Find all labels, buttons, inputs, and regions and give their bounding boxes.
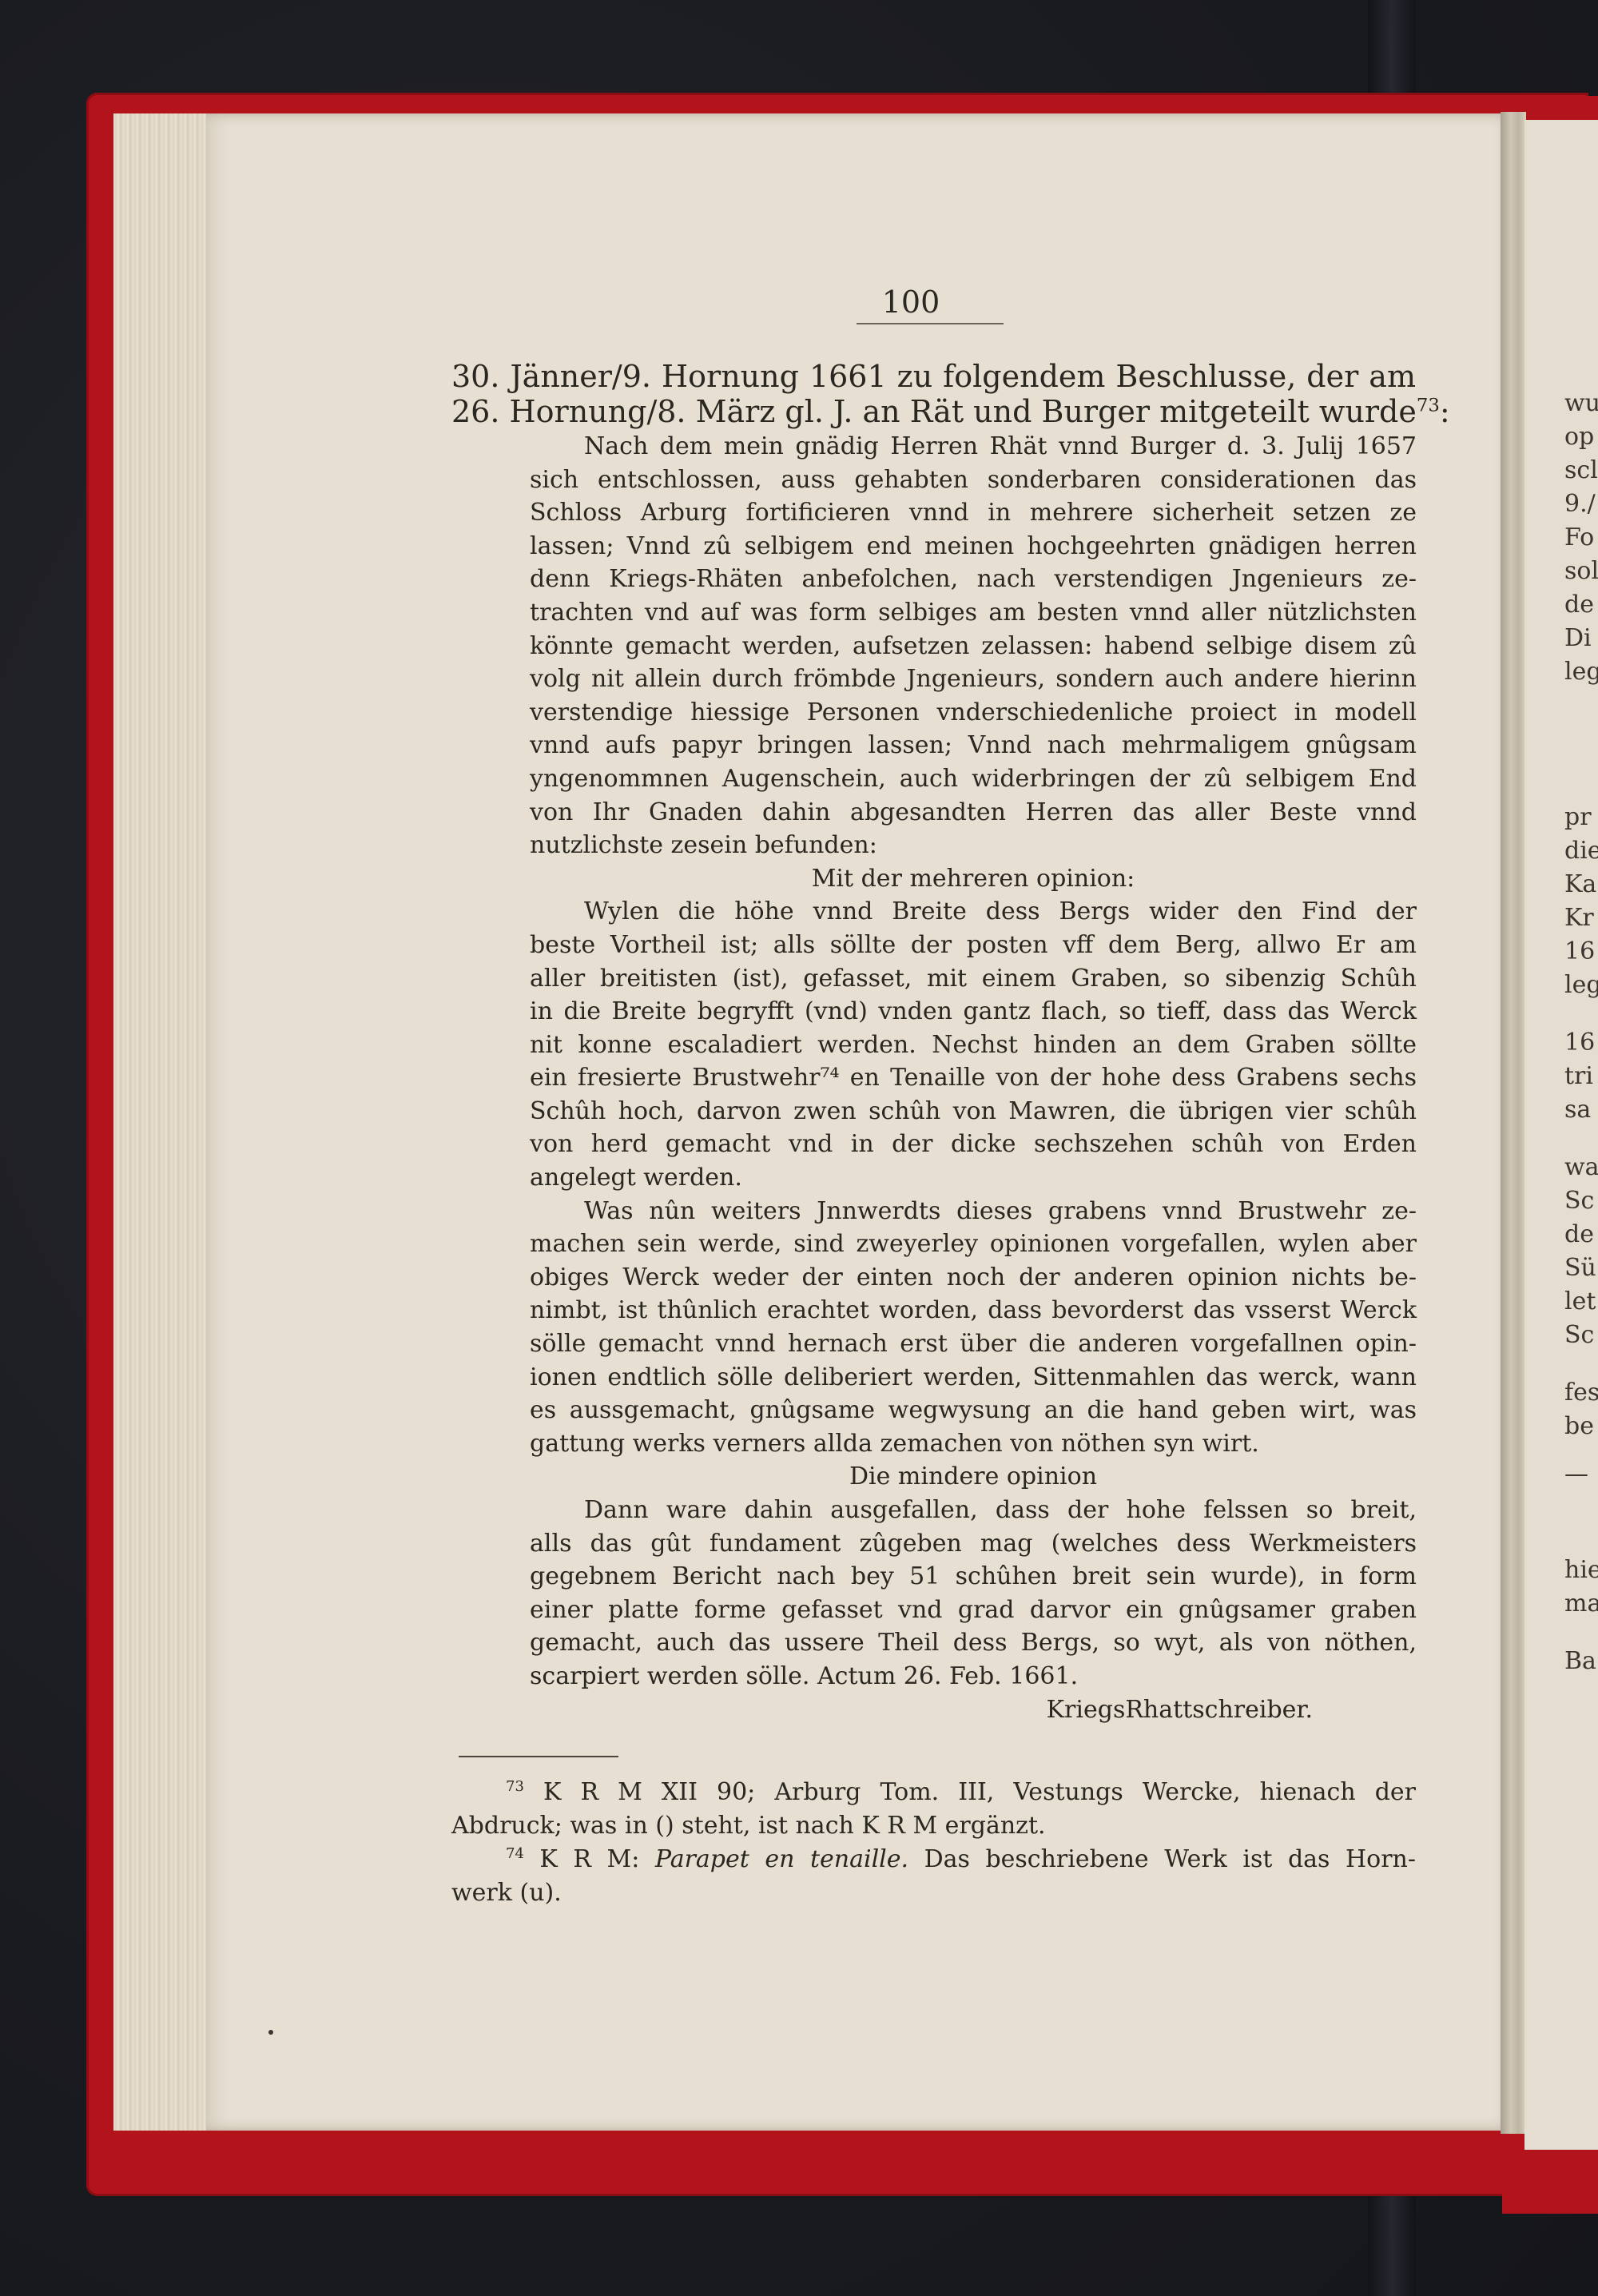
quote-line: sölle gemacht vnnd hernach erst über die…	[530, 1327, 1417, 1361]
intro-paragraph: 30. Jänner/9. Hornung 1661 zu folgendem …	[451, 360, 1416, 430]
facing-page-text-fragment: 16	[1564, 1031, 1595, 1055]
facing-page-text-fragment: 9./	[1564, 492, 1596, 516]
footnote-line: Abdruck; was in () steht, ist nach K R M…	[451, 1809, 1416, 1843]
quote-line: yngenommnen Augenschein, auch widerbring…	[530, 762, 1417, 796]
quote-line: machen sein werde, sind zweyerley opinio…	[530, 1228, 1417, 1261]
quote-line: verstendige hiessige Personen vnderschie…	[530, 696, 1417, 730]
footnote-ref-73[interactable]: 73	[1417, 395, 1440, 416]
facing-page-text-fragment: die	[1564, 839, 1598, 863]
quote-line: Schûh hoch, darvon zwen schûh von Mawren…	[530, 1095, 1417, 1128]
quote-line: volg nit allein durch frömbde Jngenieurs…	[530, 663, 1417, 696]
quote-line: ein fresierte Brustwehr⁷⁴ en Tenaille vo…	[530, 1061, 1417, 1095]
quote-line: Wylen die höhe vnnd Breite dess Bergs wi…	[530, 895, 1417, 929]
book-gutter	[1501, 112, 1526, 2134]
quote-line: es aussgemacht, gnûgsame wegwysung an di…	[530, 1394, 1417, 1427]
speck	[268, 2030, 273, 2035]
quote-line: Schloss Arburg fortificieren vnnd in meh…	[530, 496, 1417, 530]
intro-line: 26. Hornung/8. März gl. J. an Rät und Bu…	[451, 395, 1416, 430]
facing-page-text-fragment: sa	[1564, 1098, 1591, 1122]
quote-line: von Ihr Gnaden dahin abgesandten Herren …	[530, 796, 1417, 830]
quote-line: KriegsRhattschreiber.	[530, 1693, 1417, 1727]
quoted-document: Nach dem mein gnädig Herren Rhät vnnd Bu…	[530, 430, 1417, 1726]
quote-line: sich entschlossen, auss gehabten sonderb…	[530, 464, 1417, 497]
footnote-74: 74 K R M: Parapet en tenaille. Das besch…	[451, 1843, 1416, 1876]
facing-page-text-fragment: hie	[1564, 1558, 1598, 1582]
quote-line: angelegt werden.	[530, 1161, 1417, 1195]
facing-page-text-fragment: wu	[1564, 392, 1598, 416]
quote-line: obiges Werck weder der einten noch der a…	[530, 1261, 1417, 1295]
facing-page-text-fragment: leg	[1564, 973, 1598, 997]
facing-page-text-fragment: ma	[1564, 1592, 1598, 1616]
facing-page-text-fragment: let	[1564, 1290, 1596, 1314]
quote-line: Was nûn weiters Jnnwerdts dieses grabens…	[530, 1195, 1417, 1228]
quote-line: trachten vnd auf was form selbiges am be…	[530, 596, 1417, 630]
quote-line: scarpiert werden sölle. Actum 26. Feb. 1…	[530, 1660, 1417, 1693]
quote-line: gattung werks verners allda zemachen von…	[530, 1427, 1417, 1461]
quote-line: einer platte forme gefasset vnd grad dar…	[530, 1594, 1417, 1627]
footnote-number: 74	[506, 1845, 524, 1862]
quote-line: Nach dem mein gnädig Herren Rhät vnnd Bu…	[530, 430, 1417, 464]
facing-page-text-fragment: fes	[1564, 1381, 1598, 1405]
quote-line: denn Kriegs-Rhäten anbefolchen, nach ver…	[530, 563, 1417, 596]
page-number: 100	[831, 285, 991, 320]
quote-line: aller breitisten (ist), gefasset, mit ei…	[530, 962, 1417, 996]
quote-line: alls das gût fundament zûgeben mag (welc…	[530, 1527, 1417, 1561]
footnote-separator	[459, 1756, 618, 1757]
quote-line: in die Breite begryfft (vnd) vnden gantz…	[530, 995, 1417, 1029]
quote-line: könnte gemacht werden, aufsetzen zelasse…	[530, 630, 1417, 663]
facing-page-text-fragment: pr	[1564, 806, 1592, 830]
quote-line: ionen endtlich sölle deliberiert werden,…	[530, 1361, 1417, 1395]
quote-line: beste Vortheil ist; alls söllte der post…	[530, 929, 1417, 962]
quote-line: Die mindere opinion	[530, 1460, 1417, 1494]
facing-page-text-fragment: de	[1564, 593, 1594, 617]
facing-page-text-fragment: be	[1564, 1415, 1594, 1438]
facing-page-text-fragment: Ka	[1564, 873, 1596, 897]
footnotes: 73 K R M XII 90; Arburg Tom. III, Vestun…	[451, 1776, 1416, 1910]
facing-page-text-fragment: Ba	[1564, 1649, 1596, 1673]
facing-page-text-fragment: de	[1564, 1223, 1594, 1247]
facing-page-text-fragment: tri	[1564, 1064, 1593, 1088]
footnote-line: werk (u).	[451, 1876, 1416, 1910]
quote-line: von herd gemacht vnd in der dicke sechsz…	[530, 1128, 1417, 1161]
facing-page-text-fragment: scl	[1564, 459, 1598, 483]
intro-line: 30. Jänner/9. Hornung 1661 zu folgendem …	[451, 360, 1416, 395]
intro-line-text: 26. Hornung/8. März gl. J. an Rät und Bu…	[451, 394, 1417, 429]
footnote-number: 73	[506, 1778, 524, 1795]
facing-page-text-fragment: wa	[1564, 1156, 1598, 1180]
facing-page-text-fragment: Di	[1564, 627, 1592, 651]
facing-page-text-fragment: Fo	[1564, 526, 1594, 550]
facing-page-fragment: wuopscl9./FosoldeDilegprdieKaKr16leg16tr…	[1524, 120, 1598, 2150]
quote-line: lassen; Vnnd zû selbigem end meinen hoch…	[530, 530, 1417, 563]
quote-line: gegebnem Bericht nach bey 51 schûhen bre…	[530, 1560, 1417, 1594]
facing-page-text-fragment: Sü	[1564, 1256, 1596, 1280]
facing-page-text-fragment: —	[1564, 1462, 1588, 1486]
quote-line: Dann ware dahin ausgefallen, dass der ho…	[530, 1494, 1417, 1527]
footnote-73: 73 K R M XII 90; Arburg Tom. III, Vestun…	[451, 1776, 1416, 1809]
quote-line: vnnd aufs papyr bringen lassen; Vnnd nac…	[530, 729, 1417, 762]
quote-line: nimbt, ist thûnlich erachtet worden, das…	[530, 1294, 1417, 1327]
quote-line: nutzlichste zesein befunden:	[530, 829, 1417, 862]
facing-page-text-fragment: leg	[1564, 660, 1598, 684]
quote-line: gemacht, auch das ussere Theil dess Berg…	[530, 1626, 1417, 1660]
facing-page-text-fragment: Sc	[1564, 1323, 1594, 1347]
facing-page-text-fragment: Sc	[1564, 1189, 1594, 1213]
page-number-rule	[857, 323, 1004, 324]
quote-line: Mit der mehreren opinion:	[530, 862, 1417, 896]
footnote-italic-term: Parapet en tenaille.	[655, 1845, 908, 1873]
facing-page-text-fragment: 16	[1564, 940, 1595, 964]
page-edges-stack	[113, 113, 209, 2131]
intro-line-tail: :	[1440, 394, 1450, 429]
facing-page-text-fragment: sol	[1564, 559, 1598, 583]
quote-line: nit konne escaladiert werden. Nechst hin…	[530, 1029, 1417, 1062]
facing-page-text-fragment: Kr	[1564, 906, 1594, 930]
facing-page-text-fragment: op	[1564, 425, 1594, 449]
